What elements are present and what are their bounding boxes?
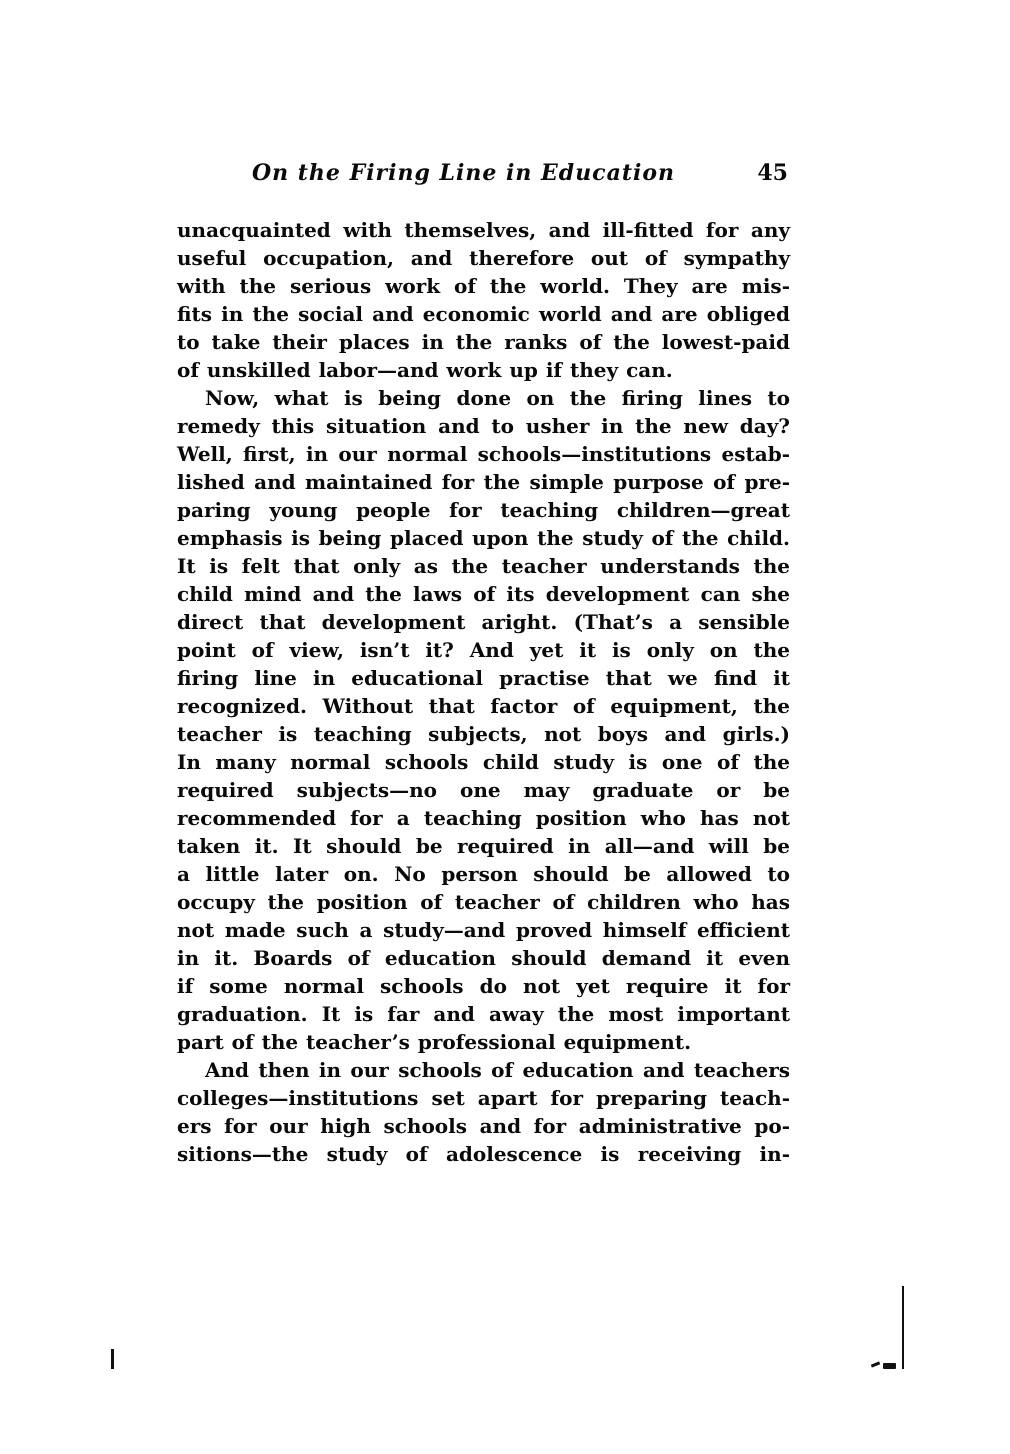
text-line: of unskilled labor—and work up if they c… [177, 356, 790, 384]
text-line: not made such a study—and proved himself… [177, 916, 790, 944]
text-line: useful occupation, and therefore out of … [177, 244, 790, 272]
text-line: a little later on. No person should be a… [177, 860, 790, 888]
scan-artifact-left-tick [111, 1349, 114, 1369]
text-line: Now, what is being done on the firing li… [177, 384, 790, 412]
text-line: direct that development aright. (That’s … [177, 608, 790, 636]
text-line: ers for our high schools and for adminis… [177, 1112, 790, 1140]
running-title: On the Firing Line in Education [177, 158, 750, 188]
text-line: required subjects—no one may graduate or… [177, 776, 790, 804]
scan-artifact-smudge [883, 1363, 896, 1369]
body-text: unacquainted with themselves, and ill-fi… [177, 216, 790, 1168]
text-line: with the serious work of the world. They… [177, 272, 790, 300]
text-line: It is felt that only as the teacher unde… [177, 552, 790, 580]
text-line: Well, first, in our normal schools—insti… [177, 440, 790, 468]
text-line: colleges—institutions set apart for prep… [177, 1084, 790, 1112]
text-line: lished and maintained for the simple pur… [177, 468, 790, 496]
text-line: remedy this situation and to usher in th… [177, 412, 790, 440]
text-line: And then in our schools of education and… [177, 1056, 790, 1084]
text-line: to take their places in the ranks of the… [177, 328, 790, 356]
text-line: In many normal schools child study is on… [177, 748, 790, 776]
page-header: On the Firing Line in Education 45 [177, 158, 790, 190]
text-line: unacquainted with themselves, and ill-fi… [177, 216, 790, 244]
text-line: graduation. It is far and away the most … [177, 1000, 790, 1028]
book-page: On the Firing Line in Education 45 unacq… [0, 0, 1010, 1454]
page-number: 45 [757, 158, 788, 188]
text-line: point of view, isn’t it? And yet it is o… [177, 636, 790, 664]
text-line: taken it. It should be required in all—a… [177, 832, 790, 860]
scan-artifact-smudge [871, 1361, 880, 1367]
text-line: recommended for a teaching position who … [177, 804, 790, 832]
text-line: if some normal schools do not yet requir… [177, 972, 790, 1000]
text-line: firing line in educational practise that… [177, 664, 790, 692]
text-line: in it. Boards of education should demand… [177, 944, 790, 972]
text-line: child mind and the laws of its developme… [177, 580, 790, 608]
text-line: paring young people for teaching childre… [177, 496, 790, 524]
text-line: part of the teacher’s professional equip… [177, 1028, 790, 1056]
text-line: emphasis is being placed upon the study … [177, 524, 790, 552]
text-line: sitions—the study of adolescence is rece… [177, 1140, 790, 1168]
text-line: occupy the position of teacher of childr… [177, 888, 790, 916]
text-line: fits in the social and economic world an… [177, 300, 790, 328]
scan-artifact-vertical-line [902, 1286, 904, 1369]
text-line: recognized. Without that factor of equip… [177, 692, 790, 720]
text-line: teacher is teaching subjects, not boys a… [177, 720, 790, 748]
